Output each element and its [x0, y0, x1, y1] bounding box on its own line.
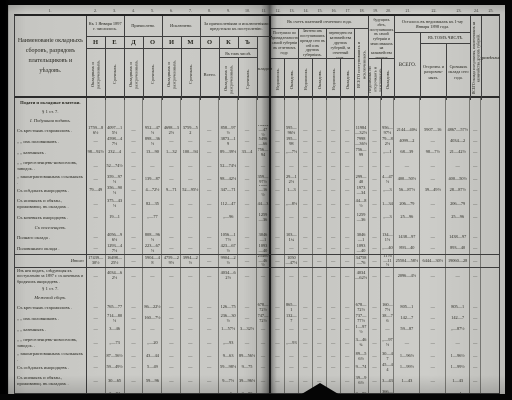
- value-cell: —: [313, 196, 327, 212]
- value-cell: —: [200, 351, 219, 362]
- value-cell: 160—7½: [381, 302, 394, 313]
- cell-value: 3046—1: [355, 233, 368, 242]
- cell-value: —: [317, 246, 322, 251]
- title-row: Съ поселенцевъ.: [15, 223, 499, 232]
- value-cell: 9—63: [219, 351, 238, 362]
- cell-value: 1973—34: [355, 186, 368, 195]
- value-cell: 3994—2½: [181, 255, 200, 267]
- cell-value: 17439—30½: [87, 256, 105, 265]
- cell-value: —: [244, 164, 249, 169]
- value-cell: —: [470, 147, 481, 158]
- value-cell: —: [257, 158, 271, 174]
- value-cell: —: [181, 243, 200, 254]
- value-cell: [106, 107, 125, 116]
- value-cell: —: [341, 125, 355, 136]
- value-cell: —: [181, 335, 200, 351]
- cell-value: 805—1: [400, 305, 414, 310]
- cell-value: 858—97½: [219, 126, 237, 135]
- column-number: 21.: [395, 7, 421, 14]
- value-cell: 893—40: [446, 243, 470, 254]
- cell-value: —: [93, 235, 98, 240]
- cell-value: —: [317, 139, 322, 144]
- value-cell: 4759—29½: [162, 255, 181, 267]
- subcol-vsego: Всего.: [201, 49, 220, 100]
- cell-value: —: [303, 164, 308, 169]
- cell-value: —: [289, 215, 294, 220]
- cell-value: —: [289, 164, 294, 169]
- value-cell: 21—42½: [446, 147, 470, 158]
- subcol-srochnyh-2: Срочныхъ.: [144, 49, 163, 100]
- cell-value: 142—7: [400, 316, 414, 321]
- value-cell: —: [257, 362, 271, 373]
- col-vsego-other-gub: ВСЕГО оклада и недоимокъ, исключенныхъ н…: [471, 16, 482, 100]
- value-cell: —: [200, 324, 219, 335]
- cell-value: 11984—32½: [355, 126, 368, 135]
- cell-value: —: [150, 327, 155, 332]
- cell-value: —: [472, 246, 477, 251]
- cell-value: 898—36½: [143, 137, 161, 146]
- value-cell: 39—49½: [420, 185, 446, 196]
- nedoimok-letter: Ъ: [239, 37, 258, 49]
- value-cell: [299, 116, 313, 125]
- cell-value: —: [275, 274, 280, 279]
- value-cell: —: [313, 174, 327, 185]
- cell-value: —: [188, 235, 193, 240]
- value-cell: —: [271, 351, 285, 362]
- value-cell: —: [470, 302, 481, 313]
- value-cell: —: [341, 212, 355, 223]
- value-cell: —: [299, 136, 313, 147]
- value-cell: [481, 147, 499, 158]
- column-number: 17.: [341, 7, 355, 14]
- cell-value: —: [430, 305, 435, 310]
- cell-value: —: [303, 177, 308, 182]
- value-cell: —: [381, 158, 394, 174]
- nedoimok-letter-row: НЕДОИМОКЪ: [87, 37, 258, 49]
- subcol-label: Окладныхъ и разсроченныхъ.: [166, 50, 177, 99]
- cell-value: —: [289, 274, 294, 279]
- value-cell: —: [271, 147, 285, 158]
- cell-value: —: [455, 274, 460, 279]
- cell-value: 2144—40¾: [396, 128, 417, 133]
- value-cell: 34758—76: [355, 255, 369, 267]
- value-cell: —: [313, 302, 327, 313]
- cell-value: —: [244, 202, 249, 207]
- table-row: „ „ переселенцевъ-новоселовъ, заводск. .…: [15, 335, 499, 351]
- value-cell: —: [181, 351, 200, 362]
- row-label: Итого: [15, 255, 87, 267]
- cell-value: —: [207, 202, 212, 207]
- value-cell: —: [271, 212, 285, 223]
- cell-value: 678—72½: [355, 303, 368, 312]
- value-cell: 132—7: [285, 313, 299, 324]
- cell-value: —: [344, 365, 349, 370]
- value-cell: 2096—4½: [394, 268, 420, 284]
- cell-value: 1093—40: [257, 244, 269, 253]
- row-label: I. Подушная подать.: [15, 116, 87, 125]
- cell-value: —: [275, 316, 280, 321]
- value-cell: 195—98: [285, 136, 299, 147]
- value-cell: —: [285, 362, 299, 373]
- value-cell: 9904—2½: [219, 255, 238, 267]
- cell-value: —: [275, 327, 280, 332]
- cell-value: —: [169, 235, 174, 240]
- cell-value: —: [188, 354, 193, 359]
- value-cell: 3—46¾: [355, 335, 369, 351]
- group-credited: Зачтено изъ поступившихъ прежде сего въ …: [299, 29, 327, 59]
- cell-value: —: [472, 341, 477, 346]
- value-cell: —: [369, 324, 382, 335]
- value-cell: —: [299, 302, 313, 313]
- value-cell: —: [271, 196, 285, 212]
- value-cell: —: [420, 136, 446, 147]
- value-cell: —: [162, 351, 181, 362]
- cell-value: 400—50½: [448, 177, 467, 182]
- value-cell: [257, 116, 271, 125]
- cell-value: 3—46¾: [355, 338, 368, 347]
- value-cell: —: [299, 255, 313, 267]
- cell-value: 9—74: [355, 365, 367, 370]
- subcol-label: Срочныхъ.: [112, 64, 117, 84]
- value-cell: —: [257, 351, 271, 362]
- cell-value: —: [131, 259, 136, 264]
- total-row: Итого17439—30½16498—25½—5904—484759—29½3…: [15, 254, 499, 268]
- cell-value: —: [303, 327, 308, 332]
- value-cell: 952—47½: [143, 125, 162, 136]
- cell-value: —: [331, 274, 336, 279]
- row-label: Съ осѣдлыхъ инородцевъ .: [15, 185, 87, 196]
- cell-value: 33—4: [241, 150, 253, 155]
- cell-value: 299—40: [355, 175, 368, 184]
- column-number: 20.: [382, 7, 395, 14]
- cell-value: 1259—36: [257, 213, 269, 222]
- cell-value: 4698—32½: [162, 126, 180, 135]
- table-row: Съ крестьянъ старожиловъ .—765—77—86—22½…: [15, 302, 499, 313]
- value-cell: —: [200, 362, 219, 373]
- value-cell: [313, 223, 327, 232]
- cell-value: 79—82½: [381, 137, 393, 146]
- value-cell: —: [162, 302, 181, 313]
- cell-value: 89—39½: [220, 150, 237, 155]
- scan-edge-top: [0, 0, 512, 5]
- value-cell: 1—34: [381, 196, 394, 212]
- value-cell: —: [238, 196, 257, 212]
- cell-value: —: [207, 316, 212, 321]
- value-cell: —: [341, 232, 355, 243]
- value-cell: 1—43: [394, 373, 420, 389]
- value-cell: 59—49½: [106, 362, 125, 373]
- value-cell: 1—32: [162, 147, 181, 158]
- value-cell: [341, 116, 355, 125]
- cell-value: „—40: [382, 246, 394, 251]
- cell-value: 195—98: [285, 137, 298, 146]
- value-cell: [420, 116, 446, 125]
- cell-value: 52—74½: [106, 164, 123, 169]
- value-cell: —: [470, 243, 481, 254]
- column-number: 23.: [447, 7, 471, 14]
- value-cell: [299, 293, 313, 302]
- cell-value: —: [93, 215, 98, 220]
- subcol-label: Недоимокъ.: [331, 68, 336, 90]
- row-label: „ законтрактованныхъ ссыльныхъ .: [15, 174, 87, 185]
- value-cell: —: [470, 335, 481, 351]
- value-cell: [355, 223, 369, 232]
- value-cell: —: [87, 324, 106, 335]
- nedoimok-letter: О: [201, 37, 220, 49]
- cell-value: 4034—62½: [219, 271, 237, 280]
- value-cell: —: [341, 362, 355, 373]
- subcol-label: Недоимокъ по отсрочкамъ и разсрочкамъ.: [369, 60, 382, 99]
- value-cell: [299, 107, 313, 116]
- cell-value: —: [317, 274, 322, 279]
- cell-value: „—20: [147, 341, 159, 346]
- value-cell: [238, 284, 257, 293]
- remaining-v-tom-chisle: ВЪ ТОМЪ ЧИСЛѢ.: [421, 33, 471, 44]
- value-cell: 9—7½: [219, 373, 238, 389]
- value-cell: —: [299, 196, 313, 212]
- value-cell: —: [162, 335, 181, 351]
- cell-value: 39—96½: [238, 379, 255, 384]
- subcol-label: Окладовъ.: [385, 70, 390, 89]
- value-cell: 142—7: [394, 313, 420, 324]
- value-cell: [219, 223, 238, 232]
- cell-value: 52—74½: [220, 164, 237, 169]
- value-cell: —: [162, 174, 181, 185]
- cell-value: —: [331, 305, 336, 310]
- value-cell: —: [470, 136, 481, 147]
- value-cell: —: [341, 158, 355, 174]
- value-cell: —: [162, 324, 181, 335]
- cell-value: —: [244, 316, 249, 321]
- cell-value: 893—40: [399, 246, 415, 251]
- value-cell: 98—42½: [219, 174, 238, 185]
- cell-value: —: [303, 202, 308, 207]
- value-cell: [238, 293, 257, 302]
- value-cell: [327, 223, 341, 232]
- cell-value: —: [131, 177, 136, 182]
- value-cell: —: [125, 324, 144, 335]
- scan-edge-left: [0, 0, 9, 400]
- value-cell: —: [87, 351, 106, 362]
- cell-value: —: [472, 188, 477, 193]
- value-cell: —: [125, 147, 144, 158]
- value-cell: —: [299, 362, 313, 373]
- cell-value: —: [472, 316, 477, 321]
- value-cell: „—40: [381, 243, 394, 254]
- cell-value: —: [331, 202, 336, 207]
- value-cell: —: [200, 313, 219, 324]
- cell-value: —: [317, 215, 322, 220]
- value-cell: [355, 116, 369, 125]
- value-cell: 898—36½: [143, 136, 162, 147]
- table-row: Съ ясачныхъ и обязан., проживающ. въ окл…: [15, 196, 499, 212]
- cell-value: —: [372, 365, 377, 370]
- column-number: 2.: [86, 7, 105, 14]
- cell-value: 737—77½: [355, 314, 368, 323]
- value-cell: 9—75: [238, 362, 257, 373]
- value-cell: [420, 284, 446, 293]
- subcol-future-okladov: Окладовъ.: [382, 59, 395, 100]
- value-cell: „—96: [219, 212, 238, 223]
- cell-value: —: [275, 128, 280, 133]
- cell-value: —: [344, 215, 349, 220]
- value-cell: „—3: [381, 212, 394, 223]
- title-row: I. Подушная подать.: [15, 116, 499, 125]
- value-cell: [355, 107, 369, 116]
- group-received-own: Поступило по принадлежности самой губерн…: [271, 29, 299, 59]
- cell-value: —: [275, 379, 280, 384]
- value-cell: [470, 116, 481, 125]
- value-cell: 89—56½: [238, 351, 257, 362]
- row-label: Подати и окладные платежи.: [15, 98, 87, 107]
- cell-value: —: [303, 150, 308, 155]
- value-cell: —: [369, 174, 382, 185]
- value-cell: —: [341, 373, 355, 389]
- value-cell: 1093—40: [355, 243, 369, 254]
- cell-value: 1176—11½: [381, 255, 393, 267]
- value-cell: 678—72½: [355, 302, 369, 313]
- title-row: Межевой сборъ.: [15, 293, 499, 302]
- value-cell: 17439—30½: [87, 255, 106, 267]
- cell-value: —: [317, 188, 322, 193]
- value-cell: —: [87, 302, 106, 313]
- value-cell: —: [327, 136, 341, 147]
- cell-value: 19060—28: [447, 259, 467, 264]
- cell-value: 4099—2: [399, 139, 415, 144]
- value-cell: 4598—47½: [106, 136, 125, 147]
- value-cell: —: [420, 158, 446, 174]
- value-cell: [162, 107, 181, 116]
- value-cell: —: [87, 313, 106, 324]
- value-cell: [238, 107, 257, 116]
- value-cell: 3759—52: [181, 125, 200, 136]
- cell-value: —: [372, 128, 377, 133]
- value-cell: —: [125, 212, 144, 223]
- value-cell: [369, 293, 382, 302]
- value-cell: 3046—1: [257, 232, 271, 243]
- value-cell: —: [369, 232, 382, 243]
- cell-value: 1—96½: [399, 354, 414, 359]
- cell-value: 1—32: [165, 150, 177, 155]
- subcol-label: Срочныхъ.: [188, 64, 193, 84]
- value-cell: —: [285, 243, 299, 254]
- value-cell: [394, 293, 420, 302]
- column-number: 25.: [482, 7, 500, 14]
- cell-value: —: [344, 379, 349, 384]
- value-cell: —: [238, 313, 257, 324]
- cell-value: 142—7: [451, 316, 465, 321]
- cell-value: —: [372, 316, 377, 321]
- value-cell: —: [299, 125, 313, 136]
- value-cell: —: [200, 243, 219, 254]
- cell-value: 4867—57½: [447, 128, 468, 133]
- value-cell: —: [341, 324, 355, 335]
- cell-value: 44—3: [257, 202, 269, 207]
- cell-value: 1—99½: [399, 365, 414, 370]
- cell-value: —: [317, 365, 322, 370]
- value-cell: 39—96½: [355, 373, 369, 389]
- cell-value: —: [169, 215, 174, 220]
- cell-value: —: [430, 215, 435, 220]
- cell-value: —: [275, 365, 280, 370]
- cell-value: —: [93, 327, 98, 332]
- cell-value: —: [472, 177, 477, 182]
- value-cell: —: [470, 324, 481, 335]
- cell-value: —: [344, 128, 349, 133]
- cell-value: —: [93, 365, 98, 370]
- cell-value: —: [260, 164, 265, 169]
- value-cell: 1438—97: [394, 232, 420, 243]
- cell-value: 3—46: [109, 327, 121, 332]
- cell-value: 952—47½: [143, 126, 161, 135]
- value-cell: —: [271, 125, 285, 136]
- cell-value: —: [207, 246, 212, 251]
- value-cell: —: [200, 136, 219, 147]
- column-number: 18.: [355, 7, 369, 14]
- value-cell: [200, 223, 219, 232]
- value-cell: —: [313, 125, 327, 136]
- value-cell: —: [238, 174, 257, 185]
- value-cell: —: [181, 174, 200, 185]
- value-cell: 1—99½: [446, 362, 470, 373]
- value-cell: —: [355, 158, 369, 174]
- value-cell: —: [125, 313, 144, 324]
- cell-value: —: [131, 215, 136, 220]
- value-cell: —: [369, 268, 382, 284]
- value-cell: 4034—62½: [219, 268, 238, 284]
- cell-value: —: [207, 235, 212, 240]
- value-cell: 1—43: [446, 373, 470, 389]
- value-cell: 1—96½: [446, 351, 470, 362]
- value-cell: 68—39: [394, 147, 420, 158]
- cell-value: —: [188, 202, 193, 207]
- cell-value: —: [317, 259, 322, 264]
- cell-value: —: [207, 365, 212, 370]
- value-cell: —: [299, 335, 313, 351]
- cell-value: —: [93, 246, 98, 251]
- value-cell: 3873—19: [219, 136, 238, 147]
- value-cell: —: [125, 268, 144, 284]
- cell-value: —: [169, 327, 174, 332]
- cell-value: —: [372, 235, 377, 240]
- value-cell: —: [327, 335, 341, 351]
- value-cell: 59—96: [143, 373, 162, 389]
- cell-value: —: [331, 316, 336, 321]
- cell-value: 1293—47½: [106, 244, 124, 253]
- value-cell: 3046—1: [355, 232, 369, 243]
- cell-value: —: [372, 274, 377, 279]
- scan-artifact-wedge: [300, 383, 340, 394]
- value-cell: [446, 116, 470, 125]
- cell-value: —: [331, 188, 336, 193]
- value-cell: —: [125, 196, 144, 212]
- cell-value: —: [303, 128, 308, 133]
- subcol-okladnyh-3: Окладныхъ и разсроченныхъ.: [163, 49, 182, 100]
- value-cell: —: [271, 255, 285, 267]
- value-cell: 19—1: [106, 212, 125, 223]
- cell-value: —: [331, 354, 336, 359]
- cell-value: —: [275, 215, 280, 220]
- value-cell: [143, 116, 162, 125]
- value-cell: —: [200, 232, 219, 243]
- value-cell: 1—99½: [394, 362, 420, 373]
- cell-value: 16498—25½: [106, 256, 124, 265]
- cell-value: —: [244, 188, 249, 193]
- value-cell: 9—74: [355, 362, 369, 373]
- value-cell: [381, 284, 394, 293]
- cell-value: —: [188, 305, 193, 310]
- row-label: § 1 ст. 7.: [15, 284, 87, 293]
